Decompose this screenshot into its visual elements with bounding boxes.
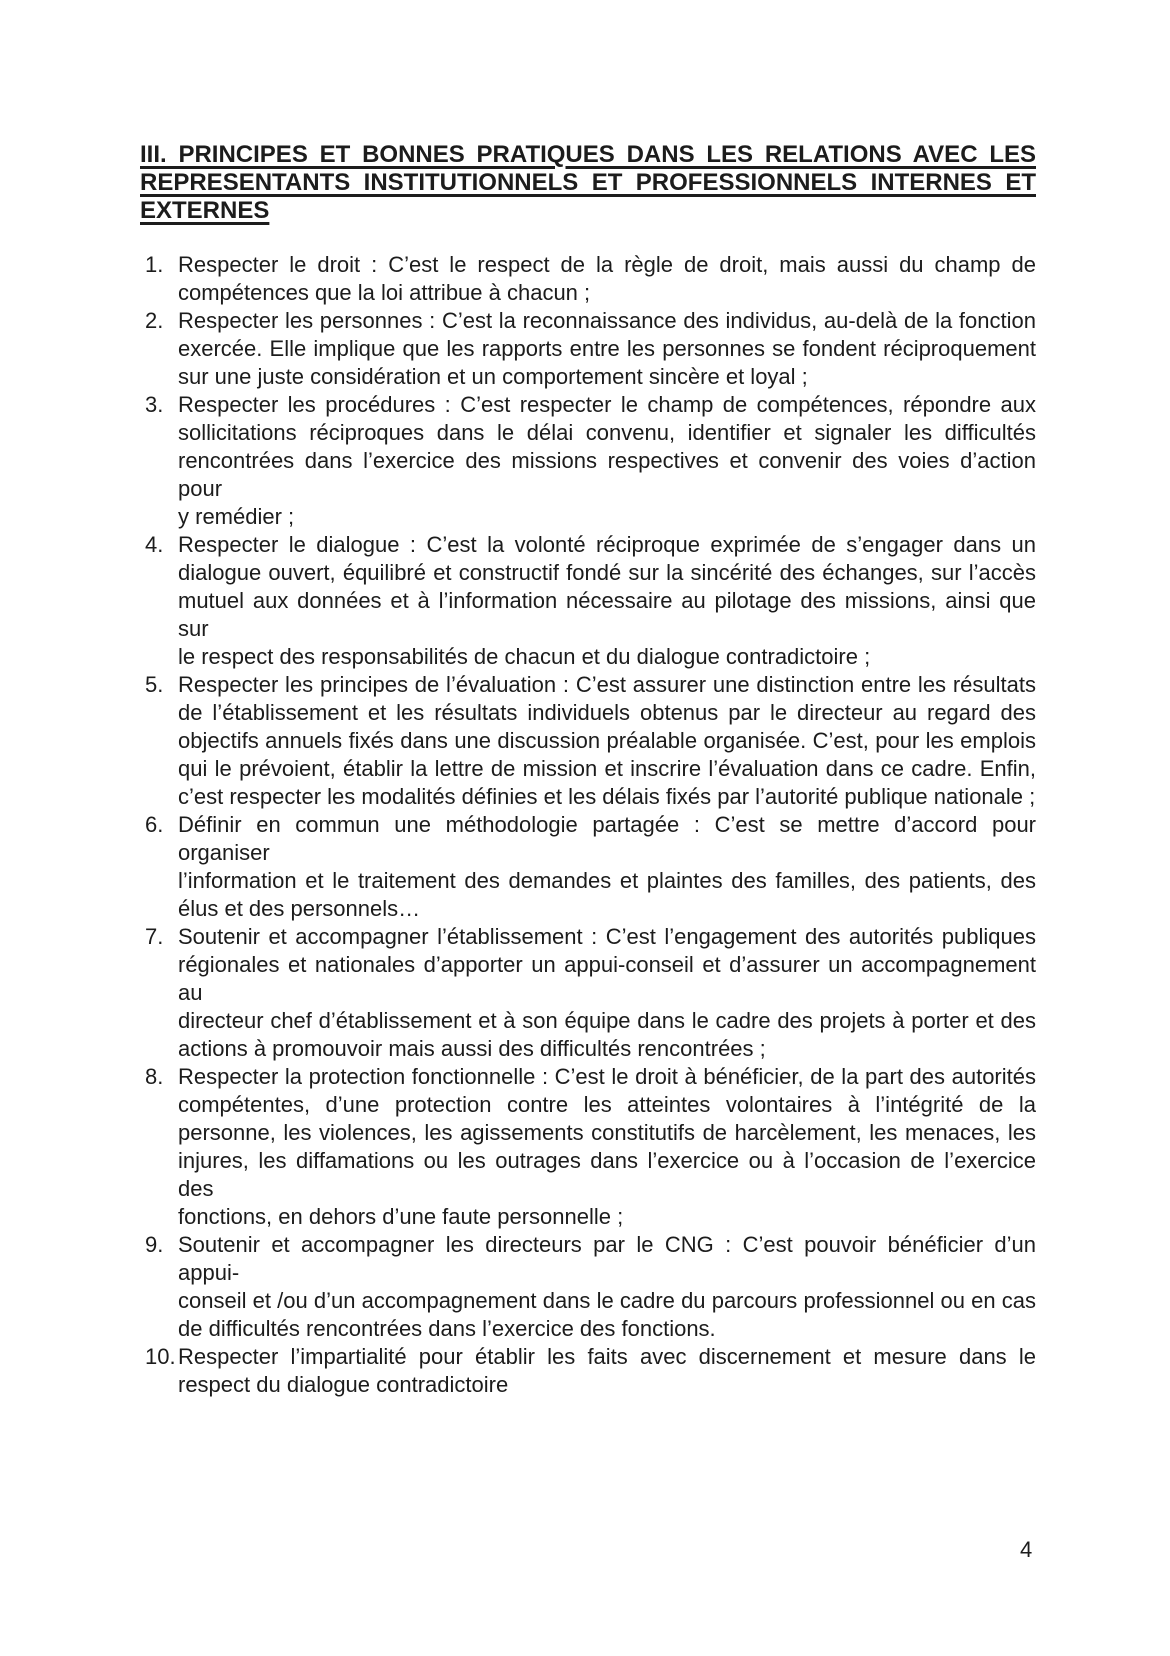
list-item: 3.Respecter les procédures : C’est respe… (140, 391, 1036, 531)
text-line: Respecter l’impartialité pour établir le… (178, 1343, 1036, 1371)
list-item-number: 7. (140, 923, 178, 1063)
list-item-text: Respecter le dialogue : C’est la volonté… (178, 531, 1036, 671)
list-item-text: Soutenir et accompagner les directeurs p… (178, 1231, 1036, 1343)
list-item: 10.Respecter l’impartialité pour établir… (140, 1343, 1036, 1399)
document-page: III. PRINCIPES ET BONNES PRATIQUES DANS … (0, 0, 1170, 1656)
list-item: 8.Respecter la protection fonctionnelle … (140, 1063, 1036, 1231)
list-item-number: 10. (140, 1343, 178, 1399)
list-item-number: 6. (140, 811, 178, 923)
text-line: régionales et nationales d’apporter un a… (178, 951, 1036, 1007)
text-line: sur une juste considération et un compor… (178, 363, 1036, 391)
text-line: c’est respecter les modalités définies e… (178, 783, 1036, 811)
list-item-number: 3. (140, 391, 178, 531)
list-item-number: 9. (140, 1231, 178, 1343)
list-item: 6.Définir en commun une méthodologie par… (140, 811, 1036, 923)
text-line: le respect des responsabilités de chacun… (178, 643, 1036, 671)
text-line: conseil et /ou d’un accompagnement dans … (178, 1287, 1036, 1315)
text-line: dialogue ouvert, équilibré et constructi… (178, 559, 1036, 587)
list-item: 1.Respecter le droit : C’est le respect … (140, 251, 1036, 307)
list-item-text: Respecter les principes de l’évaluation … (178, 671, 1036, 811)
text-line: injures, les diffamations ou les outrage… (178, 1147, 1036, 1203)
text-line: Respecter la protection fonctionnelle : … (178, 1063, 1036, 1091)
heading-line: REPRESENTANTS INSTITUTIONNELS ET PROFESS… (140, 169, 1036, 197)
text-line: actions à promouvoir mais aussi des diff… (178, 1035, 1036, 1063)
text-line: Respecter les personnes : C’est la recon… (178, 307, 1036, 335)
text-line: y remédier ; (178, 503, 1036, 531)
text-line: Respecter le droit : C’est le respect de… (178, 251, 1036, 279)
text-line: respect du dialogue contradictoire (178, 1371, 1036, 1399)
text-line: Définir en commun une méthodologie parta… (178, 811, 1036, 867)
page-content: III. PRINCIPES ET BONNES PRATIQUES DANS … (140, 141, 1036, 1399)
text-line: Respecter le dialogue : C’est la volonté… (178, 531, 1036, 559)
text-line: rencontrées dans l’exercice des missions… (178, 447, 1036, 503)
list-item-number: 1. (140, 251, 178, 307)
list-item: 2.Respecter les personnes : C’est la rec… (140, 307, 1036, 391)
text-line: qui le prévoient, établir la lettre de m… (178, 755, 1036, 783)
list-item-text: Respecter l’impartialité pour établir le… (178, 1343, 1036, 1399)
list-item: 5.Respecter les principes de l’évaluatio… (140, 671, 1036, 811)
heading-line: EXTERNES (140, 197, 1036, 225)
list-item-number: 2. (140, 307, 178, 391)
page-number: 4 (1020, 1536, 1032, 1564)
text-line: élus et des personnels… (178, 895, 1036, 923)
text-line: de difficultés rencontrées dans l’exerci… (178, 1315, 1036, 1343)
list-item-number: 4. (140, 531, 178, 671)
list-item-text: Respecter les personnes : C’est la recon… (178, 307, 1036, 391)
text-line: Soutenir et accompagner les directeurs p… (178, 1231, 1036, 1287)
text-line: Respecter les procédures : C’est respect… (178, 391, 1036, 419)
principles-list: 1.Respecter le droit : C’est le respect … (140, 251, 1036, 1399)
list-item-text: Respecter la protection fonctionnelle : … (178, 1063, 1036, 1231)
text-line: Soutenir et accompagner l’établissement … (178, 923, 1036, 951)
text-line: exercée. Elle implique que les rapports … (178, 335, 1036, 363)
text-line: compétentes, d’une protection contre les… (178, 1091, 1036, 1119)
text-line: Respecter les principes de l’évaluation … (178, 671, 1036, 699)
text-line: sollicitations réciproques dans le délai… (178, 419, 1036, 447)
list-item-text: Respecter le droit : C’est le respect de… (178, 251, 1036, 307)
text-line: de l’établissement et les résultats indi… (178, 699, 1036, 727)
list-item-number: 5. (140, 671, 178, 811)
text-line: personne, les violences, les agissements… (178, 1119, 1036, 1147)
text-line: fonctions, en dehors d’une faute personn… (178, 1203, 1036, 1231)
text-line: objectifs annuels fixés dans une discuss… (178, 727, 1036, 755)
text-line: compétences que la loi attribue à chacun… (178, 279, 1036, 307)
text-line: l’information et le traitement des deman… (178, 867, 1036, 895)
list-item: 9.Soutenir et accompagner les directeurs… (140, 1231, 1036, 1343)
list-item: 4.Respecter le dialogue : C’est la volon… (140, 531, 1036, 671)
text-line: mutuel aux données et à l’information né… (178, 587, 1036, 643)
text-line: directeur chef d’établissement et à son … (178, 1007, 1036, 1035)
list-item-text: Respecter les procédures : C’est respect… (178, 391, 1036, 531)
list-item-number: 8. (140, 1063, 178, 1231)
section-heading: III. PRINCIPES ET BONNES PRATIQUES DANS … (140, 141, 1036, 225)
list-item-text: Définir en commun une méthodologie parta… (178, 811, 1036, 923)
list-item: 7.Soutenir et accompagner l’établissemen… (140, 923, 1036, 1063)
list-item-text: Soutenir et accompagner l’établissement … (178, 923, 1036, 1063)
heading-line: III. PRINCIPES ET BONNES PRATIQUES DANS … (140, 141, 1036, 169)
